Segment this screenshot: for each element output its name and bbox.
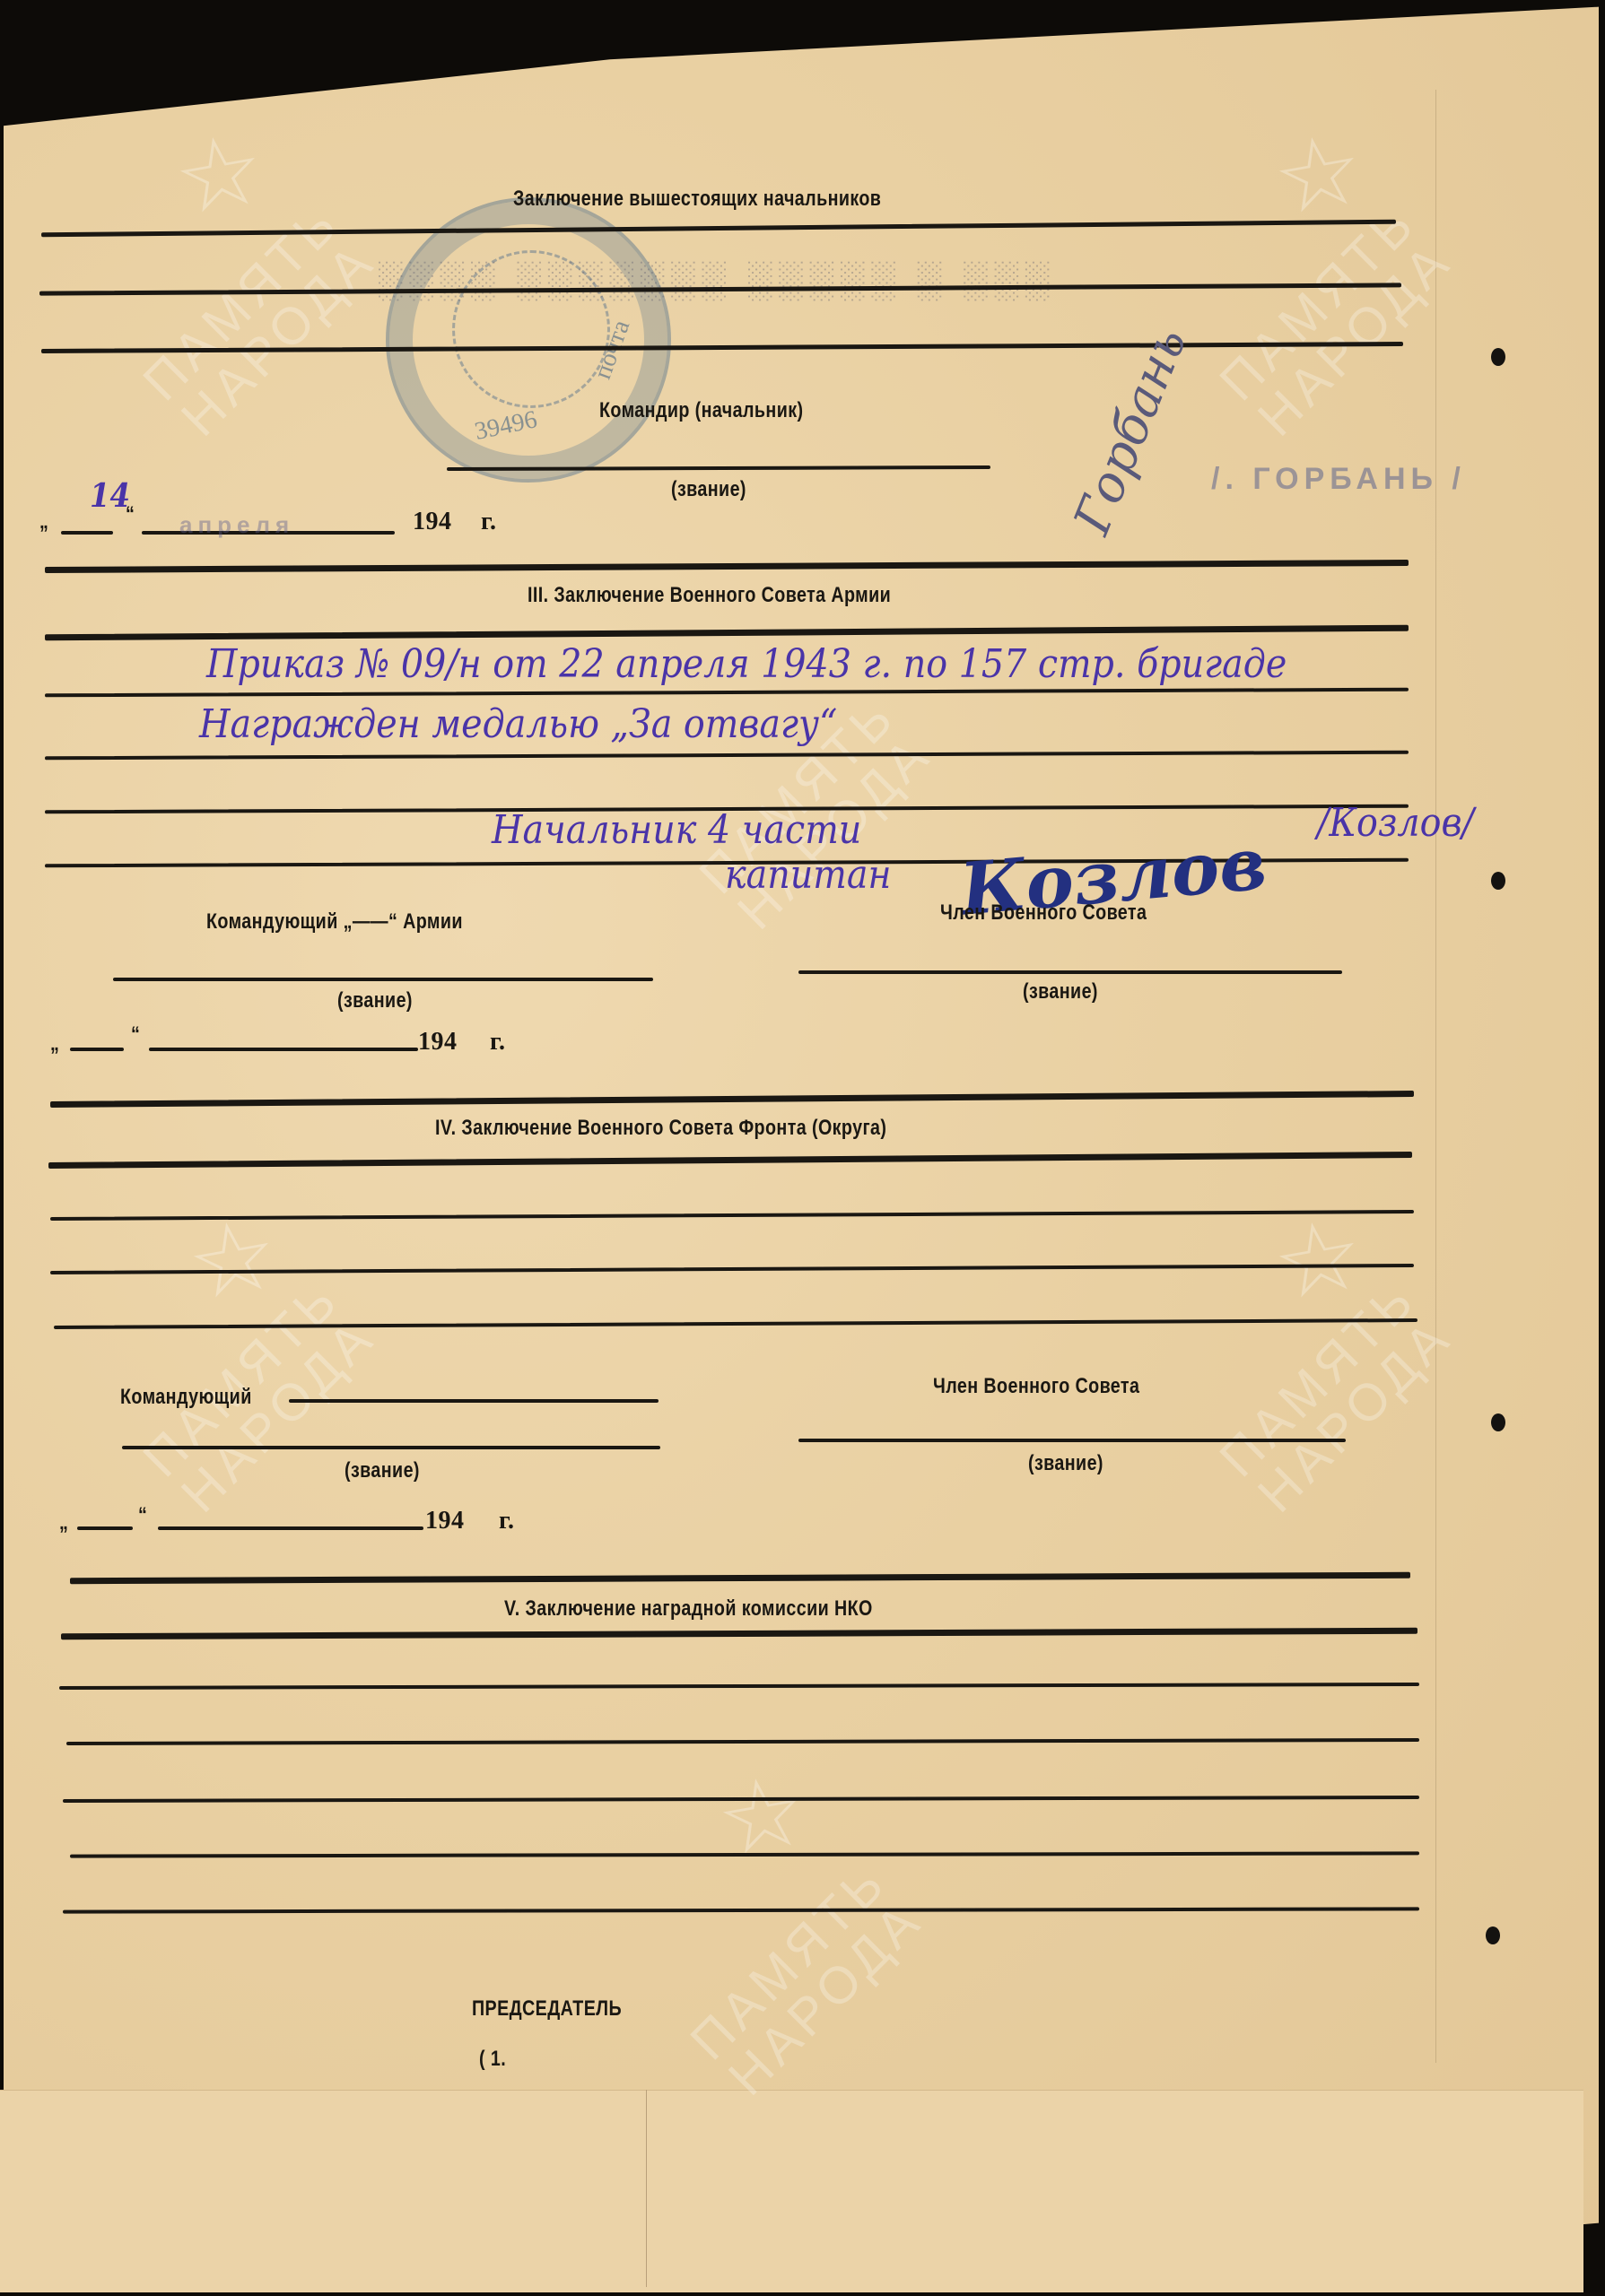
quote-close: “	[138, 1503, 147, 1528]
signature-line	[798, 970, 1342, 974]
council-member-label: Член Военного Совета	[933, 1374, 1139, 1399]
signature-line	[798, 1439, 1346, 1442]
commander-name-stamp: /. ГОРБАНЬ /	[1211, 462, 1466, 497]
quote-close: “	[126, 502, 135, 527]
year-prefix: 194	[418, 1028, 458, 1057]
quote-close: “	[131, 1022, 140, 1048]
signer-name: /Козлов/	[1317, 800, 1474, 846]
commander-label: Командир (начальник)	[599, 398, 803, 423]
council-member-label: Член Военного Совета	[940, 900, 1147, 926]
faded-bleed-text: ░░░░ ░░░░░░░ ░░░░░ ░ ░░░	[377, 260, 1054, 300]
signer-position: Начальник 4 части	[492, 807, 861, 853]
year-prefix: 194	[425, 1507, 465, 1535]
handwritten-award-line: Награжден медалью „За отвагу“	[199, 701, 837, 747]
official-stamp: почта 39496	[386, 197, 671, 483]
date-month: апреля	[179, 511, 294, 539]
signature-line	[289, 1399, 659, 1403]
punch-hole	[1491, 872, 1505, 890]
year-suffix: г.	[499, 1507, 515, 1535]
paper-edge-line	[1435, 90, 1436, 2063]
section-title: Заключение вышестоящих начальников	[513, 187, 881, 212]
signer-rank: капитан	[725, 852, 892, 898]
quote-open: „	[59, 1510, 68, 1535]
item-number: ( 1.	[479, 2047, 506, 2072]
year-suffix: г.	[481, 508, 497, 536]
paper-fold-line	[646, 2090, 647, 2287]
section-title: IV. Заключение Военного Совета Фронта (О…	[435, 1116, 886, 1141]
year-suffix: г.	[490, 1028, 506, 1057]
chairman-label: ПРЕДСЕДАТЕЛЬ	[472, 1996, 622, 2022]
rank-label: (звание)	[671, 477, 746, 502]
rank-label: (звание)	[1023, 979, 1098, 1004]
rank-label: (звание)	[1028, 1451, 1103, 1476]
signature-line	[122, 1446, 660, 1449]
day-line	[77, 1526, 133, 1530]
quote-open: „	[50, 1031, 59, 1057]
signature-line	[113, 978, 653, 981]
section-title: V. Заключение наградной комиссии НКО	[504, 1596, 873, 1622]
day-line	[70, 1048, 124, 1051]
quote-open: „	[39, 509, 48, 535]
paper-bottom-strip	[0, 2090, 1583, 2292]
year-prefix: 194	[413, 508, 452, 536]
date-day: 14	[90, 477, 130, 515]
month-line	[158, 1526, 423, 1530]
stamp-number: 39496	[472, 405, 539, 447]
rank-label: (звание)	[345, 1458, 420, 1483]
punch-hole	[1491, 1413, 1505, 1431]
army-commander-label: Командующий „——“ Армии	[206, 909, 463, 935]
rank-label: (звание)	[337, 988, 413, 1013]
punch-hole	[1491, 348, 1505, 366]
day-line	[61, 531, 113, 535]
punch-hole	[1486, 1926, 1500, 1944]
front-commander-label: Командующий	[120, 1385, 252, 1410]
month-line	[149, 1048, 418, 1051]
section-title: III. Заключение Военного Совета Армии	[528, 583, 891, 608]
handwritten-order-line: Приказ № 09/н от 22 апреля 1943 г. по 15…	[206, 641, 1287, 687]
